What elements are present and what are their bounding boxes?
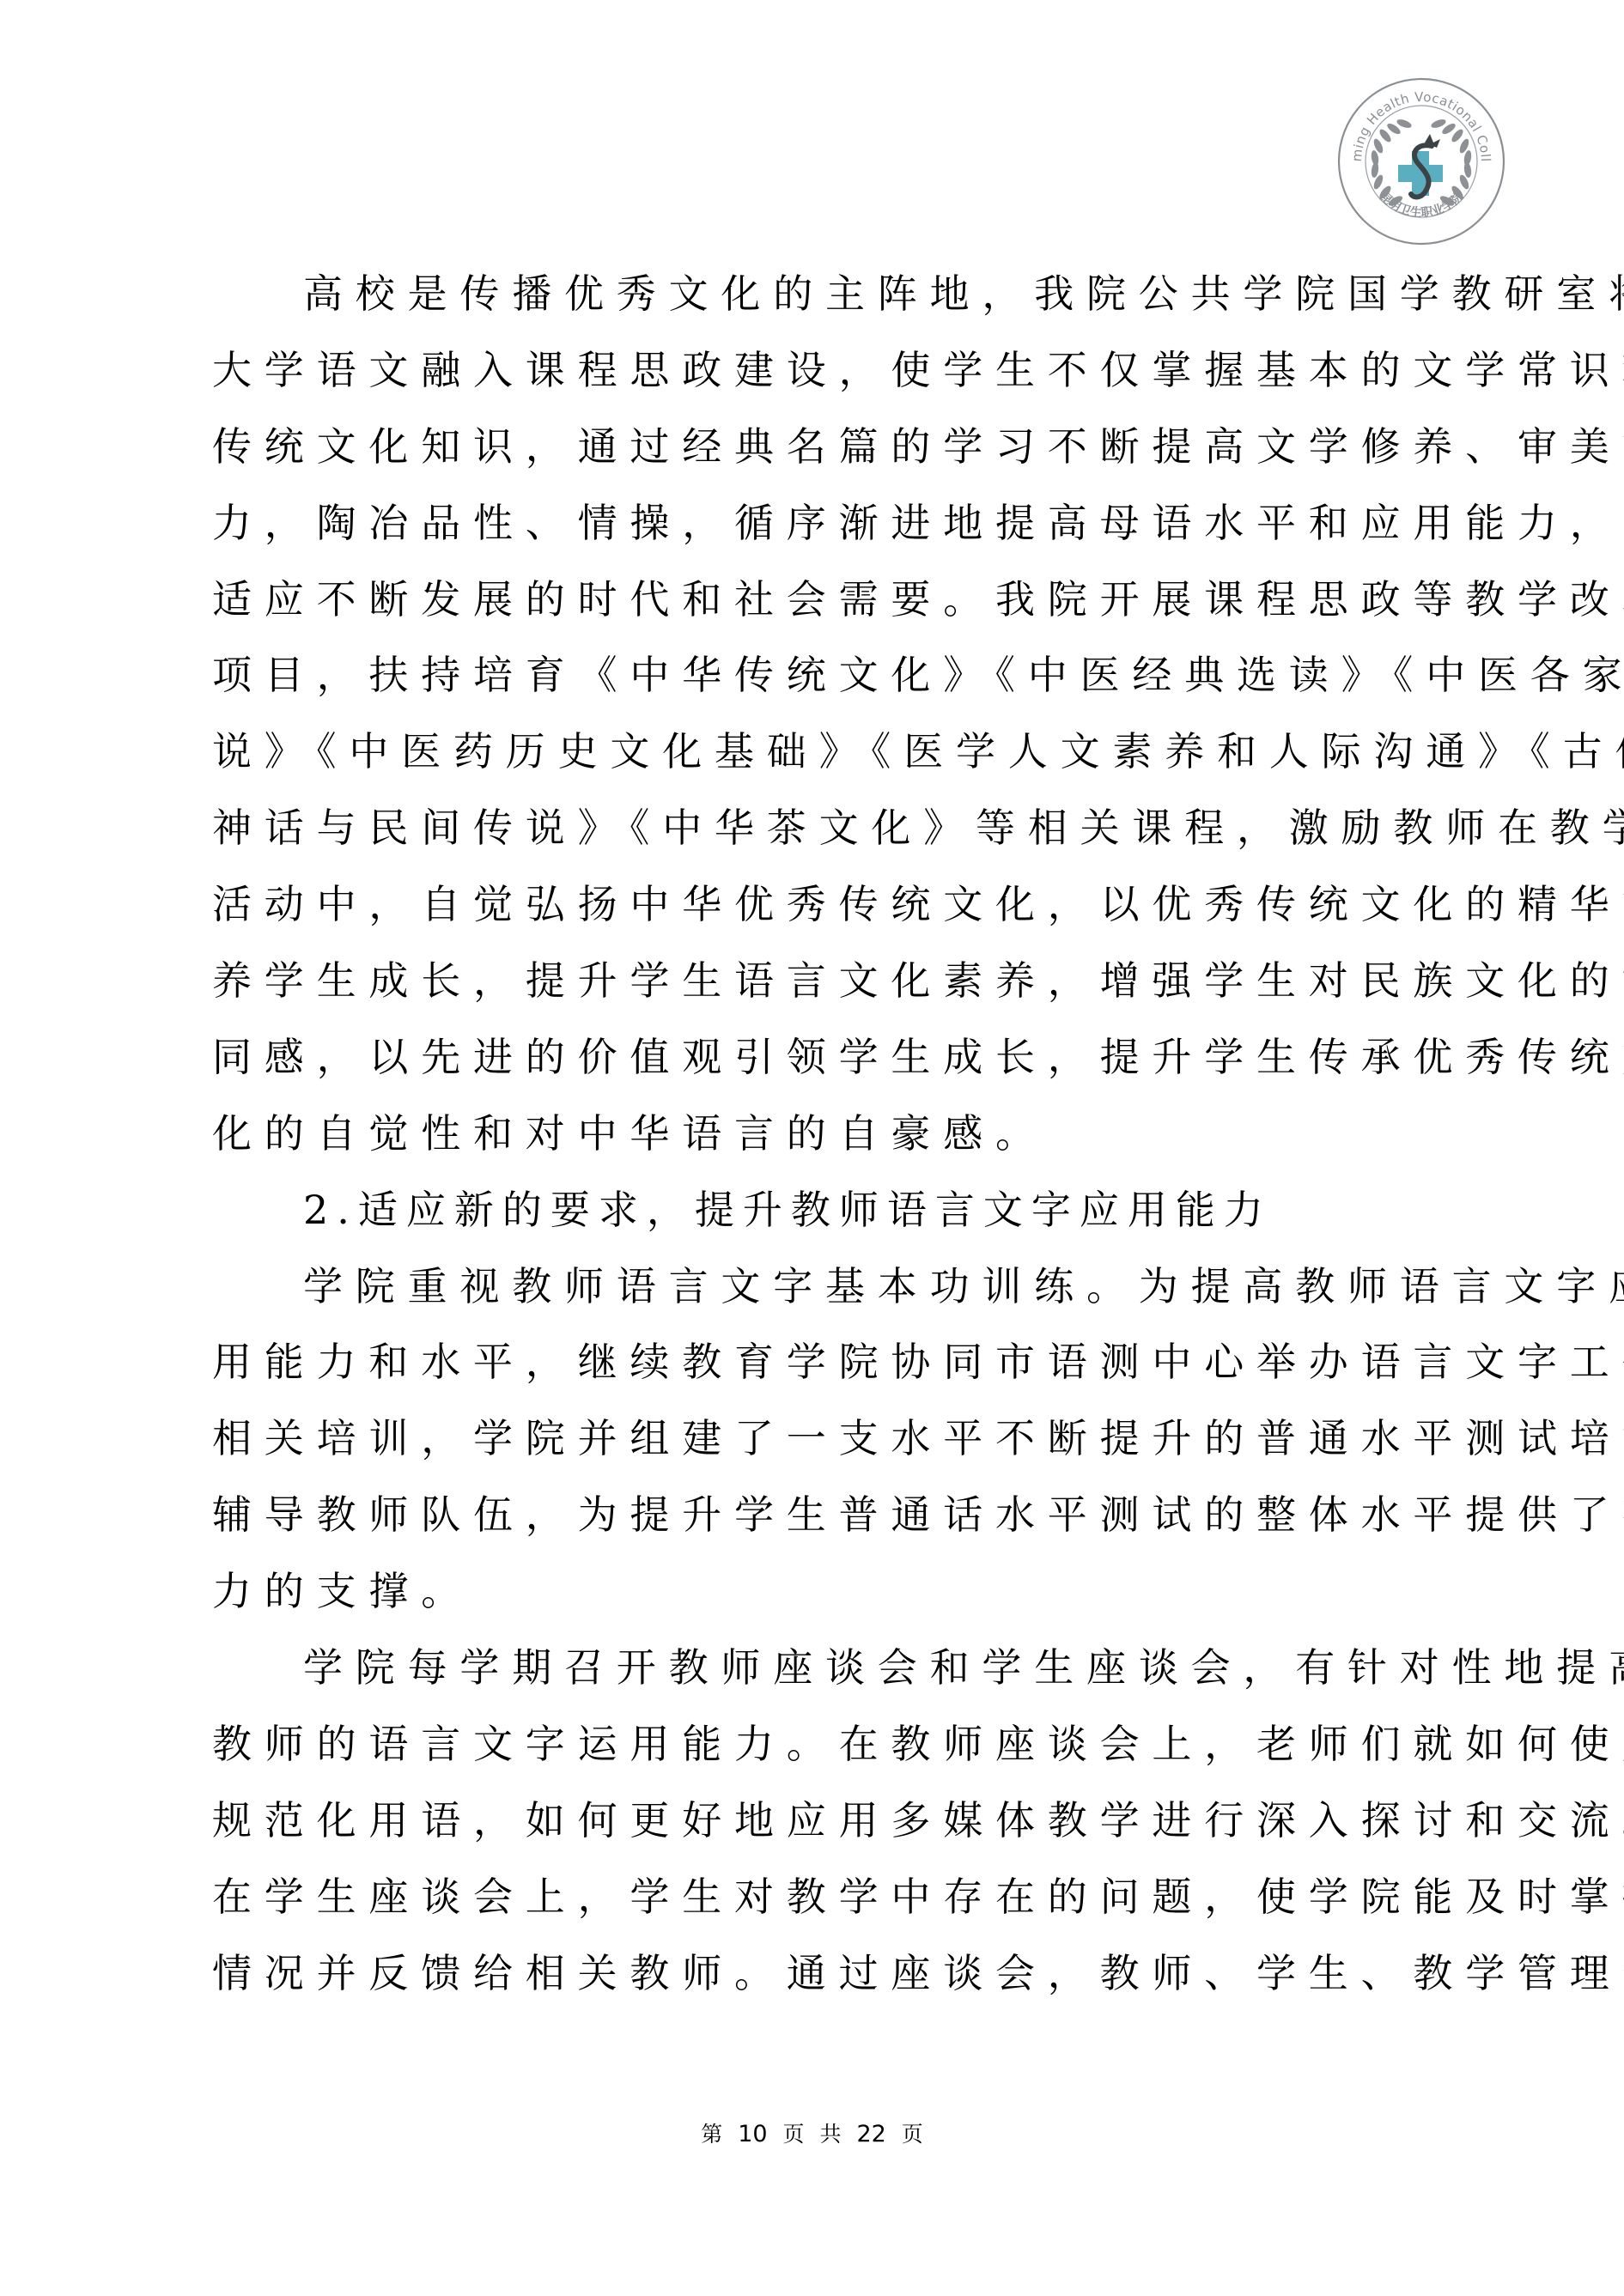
paragraph-course-ideology: 高校是传播优秀文化的主阵地，我院公共学院国学教研室将 大学语文融入课程思政建设，… — [212, 264, 1413, 1180]
text-line: 相关培训，学院并组建了一支水平不断提升的普通水平测试培训 — [212, 1408, 1413, 1485]
text-line: 养学生成长，提升学生语言文化素养，增强学生对民族文化的认 — [212, 951, 1413, 1027]
footer-suffix: 页 — [902, 2122, 923, 2147]
footer-page-word: 页 — [783, 2122, 805, 2147]
text-line: 情况并反馈给相关教师。通过座谈会，教师、学生、教学管理部 — [212, 1943, 1413, 2020]
text-line: 辅导教师队伍，为提升学生普通话水平测试的整体水平提供了有 — [212, 1485, 1413, 1561]
document-body: 高校是传播优秀文化的主阵地，我院公共学院国学教研室将 大学语文融入课程思政建设，… — [212, 264, 1413, 2019]
text-line: 力的支撑。 — [212, 1561, 1413, 1637]
text-line: 说》《中医药历史文化基础》《医学人文素养和人际沟通》《古代 — [212, 721, 1413, 798]
footer-total-word: 共 — [819, 2122, 841, 2147]
paragraph-symposium: 学院每学期召开教师座谈会和学生座谈会，有针对性地提高 教师的语言文字运用能力。在… — [212, 1637, 1413, 2019]
text-line: 传统文化知识，通过经典名篇的学习不断提高文学修养、审美能 — [212, 416, 1413, 493]
document-page: Kunming Health Vocational College 昆明卫生职业… — [0, 0, 1624, 2296]
text-line: 力，陶冶品性、情操，循序渐进地提高母语水平和应用能力，以 — [212, 493, 1413, 569]
footer-prefix: 第 — [701, 2122, 722, 2147]
total-pages-number: 22 — [856, 2121, 885, 2147]
text-line: 神话与民间传说》《中华茶文化》等相关课程，激励教师在教学 — [212, 798, 1413, 874]
text-line: 化的自觉性和对中华语言的自豪感。 — [212, 1103, 1413, 1180]
heading-text: 2.适应新的要求，提升教师语言文字应用能力 — [212, 1180, 1413, 1256]
text-line: 项目，扶持培育《中华传统文化》《中医经典选读》《中医各家学 — [212, 645, 1413, 721]
text-line: 学院重视教师语言文字基本功训练。为提高教师语言文字应 — [212, 1256, 1413, 1333]
text-line: 同感，以先进的价值观引领学生成长，提升学生传承优秀传统文 — [212, 1027, 1413, 1103]
paragraph-teacher-training: 学院重视教师语言文字基本功训练。为提高教师语言文字应 用能力和水平，继续教育学院… — [212, 1256, 1413, 1637]
text-line: 高校是传播优秀文化的主阵地，我院公共学院国学教研室将 — [212, 264, 1413, 340]
text-line: 用能力和水平，继续教育学院协同市语测中心举办语言文字工作 — [212, 1332, 1413, 1408]
text-line: 适应不断发展的时代和社会需要。我院开展课程思政等教学改革 — [212, 569, 1413, 646]
section-heading: 2.适应新的要求，提升教师语言文字应用能力 — [212, 1180, 1413, 1256]
page-number-footer: 第 10 页 共 22 页 — [0, 2117, 1624, 2148]
text-line: 规范化用语，如何更好地应用多媒体教学进行深入探讨和交流。 — [212, 1790, 1413, 1867]
text-line: 学院每学期召开教师座谈会和学生座谈会，有针对性地提高 — [212, 1637, 1413, 1714]
text-line: 大学语文融入课程思政建设，使学生不仅掌握基本的文学常识和 — [212, 340, 1413, 416]
college-seal-logo: Kunming Health Vocational College 昆明卫生职业… — [1335, 74, 1507, 249]
text-line: 在学生座谈会上，学生对教学中存在的问题，使学院能及时掌握 — [212, 1867, 1413, 1943]
text-line: 活动中，自觉弘扬中华优秀传统文化，以优秀传统文化的精华滋 — [212, 874, 1413, 951]
current-page-number: 10 — [738, 2121, 767, 2147]
text-line: 教师的语言文字运用能力。在教师座谈会上，老师们就如何使用 — [212, 1714, 1413, 1790]
